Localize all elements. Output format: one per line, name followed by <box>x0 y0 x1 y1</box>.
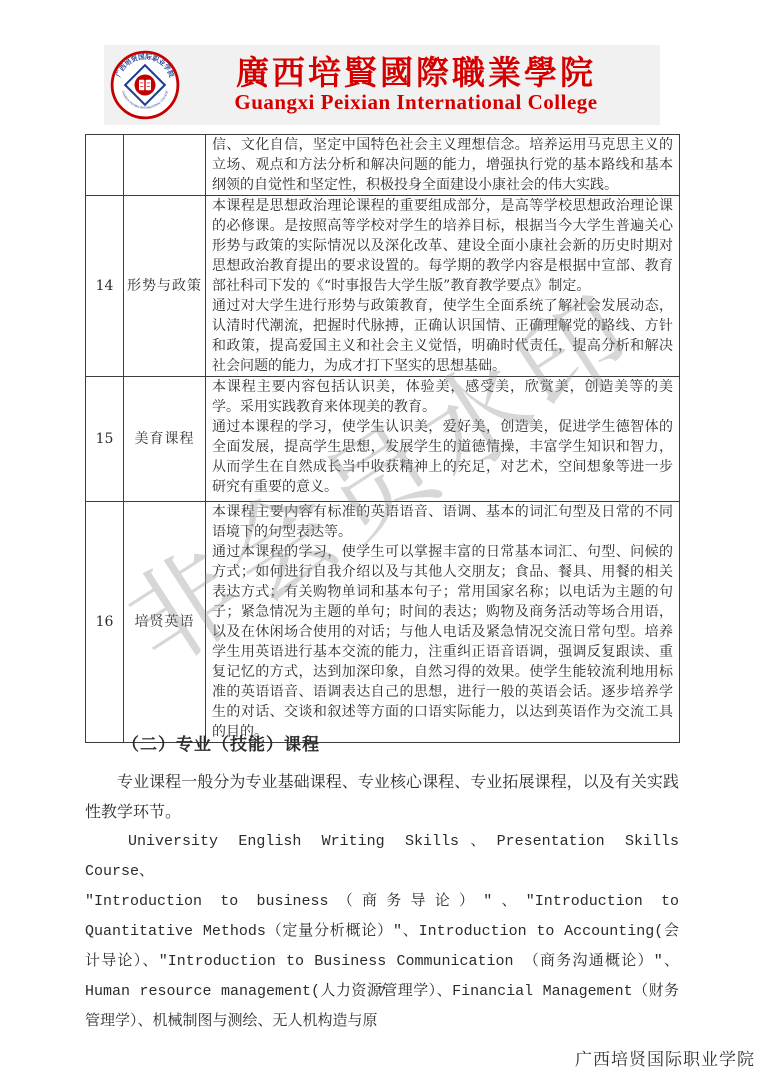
course-number-cell <box>86 135 124 196</box>
footer-college-name: 广西培贤国际职业学院 <box>575 1045 755 1070</box>
college-title-english: Guangxi Peixian International College <box>180 91 652 114</box>
document-page: 非会员水印 广西培贤国际职业学院 GUANGXI PEIXIAN INTERNA… <box>0 0 763 1080</box>
course-name-cell: 形势与政策 <box>124 196 206 377</box>
table-row: 14 形势与政策 本课程是思想政治理论课程的重要组成部分，是高等学校思想政治理论… <box>86 196 680 377</box>
header-titles: 廣西培賢國際職業學院 Guangxi Peixian International… <box>180 56 660 114</box>
body-paragraph: "Introduction to business（商务导论）"、"Introd… <box>85 887 679 1037</box>
course-desc-paragraph: 通过本课程的学习，使学生可以掌握丰富的日常基本词汇、句型、问候的方式；如何进行自… <box>212 542 673 742</box>
course-name-cell <box>124 135 206 196</box>
college-title-chinese: 廣西培賢國際職業學院 <box>180 56 652 91</box>
college-seal-logo: 广西培贤国际职业学院 GUANGXI PEIXIAN INTERNATIONAL… <box>110 50 180 120</box>
college-header: 广西培贤国际职业学院 GUANGXI PEIXIAN INTERNATIONAL… <box>104 45 660 125</box>
body-paragraph: University English Writing Skills、Presen… <box>85 827 679 887</box>
open-book-icon <box>139 79 152 90</box>
course-desc-cell: 本课程是思想政治理论课程的重要组成部分，是高等学校思想政治理论课的必修课。是按照… <box>206 196 680 377</box>
course-desc-paragraph: 本课程主要内容包括认识美，体验美，感受美，欣赏美，创造美等的美学。采用实践教育来… <box>212 377 673 417</box>
body-paragraph: 专业课程一般分为专业基础课程、专业核心课程、专业拓展课程，以及有关实践性教学环节… <box>85 767 679 827</box>
course-table: 信、文化自信，坚定中国特色社会主义理想信念。培养运用马克思主义的立场、观点和方法… <box>85 134 680 743</box>
table-row: 16 培贤英语 本课程主要内容有标准的英语语音、语调、基本的词汇句型及日常的不同… <box>86 502 680 743</box>
table-row: 15 美育课程 本课程主要内容包括认识美，体验美，感受美，欣赏美，创造美等的美学… <box>86 377 680 502</box>
course-desc-cell: 本课程主要内容包括认识美，体验美，感受美，欣赏美，创造美等的美学。采用实践教育来… <box>206 377 680 502</box>
course-desc-paragraph: 本课程是思想政治理论课程的重要组成部分，是高等学校思想政治理论课的必修课。是按照… <box>212 196 673 296</box>
course-number-cell: 14 <box>86 196 124 377</box>
course-number-cell: 16 <box>86 502 124 743</box>
course-desc-paragraph: 通过本课程的学习，使学生认识美，爱好美，创造美，促进学生德智体的全面发展，提高学… <box>212 417 673 497</box>
page-number: 7 <box>0 985 763 1000</box>
course-desc-paragraph: 信、文化自信，坚定中国特色社会主义理想信念。培养运用马克思主义的立场、观点和方法… <box>212 135 673 195</box>
course-desc-cell: 本课程主要内容有标准的英语语音、语调、基本的词汇句型及日常的不同语境下的句型表达… <box>206 502 680 743</box>
course-name-cell: 培贤英语 <box>124 502 206 743</box>
course-desc-cell: 信、文化自信，坚定中国特色社会主义理想信念。培养运用马克思主义的立场、观点和方法… <box>206 135 680 196</box>
course-name-cell: 美育课程 <box>124 377 206 502</box>
section-heading: （二）专业（技能）课程 <box>85 730 679 755</box>
table-row: 信、文化自信，坚定中国特色社会主义理想信念。培养运用马克思主义的立场、观点和方法… <box>86 135 680 196</box>
course-number-cell: 15 <box>86 377 124 502</box>
course-desc-paragraph: 通过对大学生进行形势与政策教育，使学生全面系统了解社会发展动态，认清时代潮流，把… <box>212 296 673 376</box>
course-desc-paragraph: 本课程主要内容有标准的英语语音、语调、基本的词汇句型及日常的不同语境下的句型表达… <box>212 502 673 542</box>
